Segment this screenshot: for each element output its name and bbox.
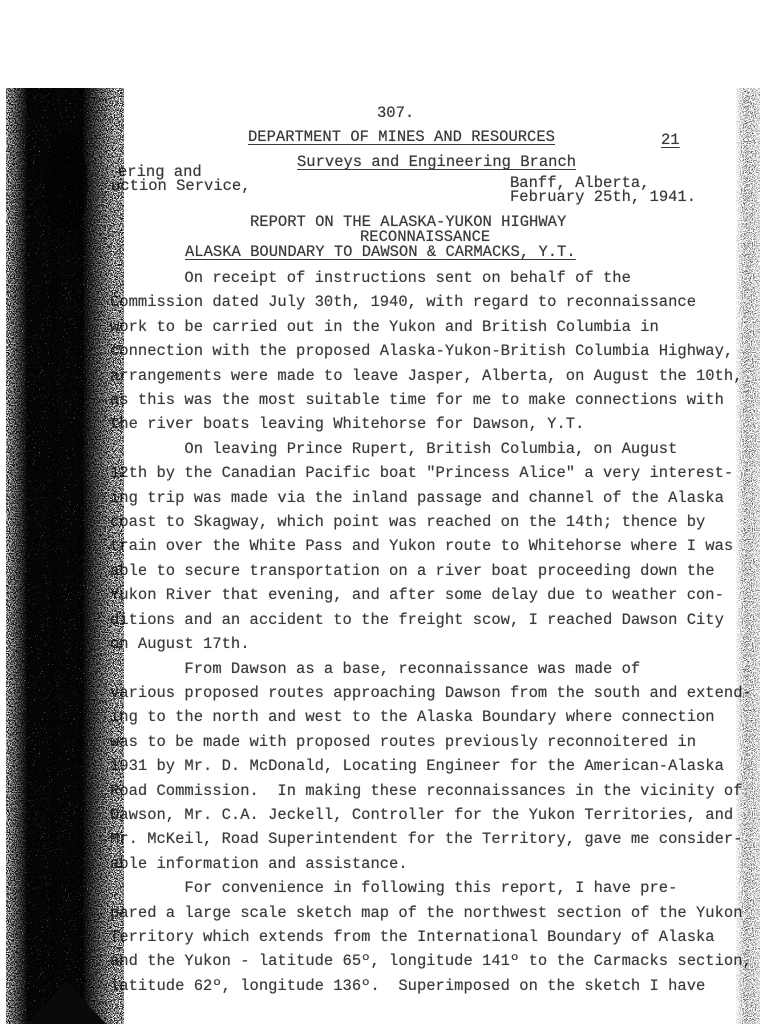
report-title-line-3: ALASKA BOUNDARY TO DAWSON & CARMACKS, Y.… [185, 244, 576, 260]
body-line: coast to Skagway, which point was reache… [110, 510, 752, 534]
body-line: ditions and an accident to the freight s… [110, 608, 752, 632]
body-line: For convenience in following this report… [110, 876, 752, 900]
body-line: able information and assistance. [110, 852, 752, 876]
body-line: latitude 62º, longitude 136º. Superimpos… [110, 974, 752, 998]
body-line: Territory which extends from the Interna… [110, 925, 752, 949]
body-line: 12th by the Canadian Pacific boat "Princ… [110, 461, 752, 485]
scanned-report-page: 307. DEPARTMENT OF MINES AND RESOURCES 2… [0, 0, 770, 1024]
body-line: connection with the proposed Alaska-Yuko… [110, 339, 752, 363]
department-title: DEPARTMENT OF MINES AND RESOURCES [248, 129, 555, 145]
body-line: 1931 by Mr. D. McDonald, Locating Engine… [110, 754, 752, 778]
body-line: on August 17th. [110, 632, 752, 656]
body-line: work to be carried out in the Yukon and … [110, 315, 752, 339]
page-ref: 21 [661, 132, 680, 148]
body-line: On leaving Prince Rupert, British Columb… [110, 437, 752, 461]
branch-title: Surveys and Engineering Branch [297, 154, 576, 170]
report-body: On receipt of instructions sent on behal… [110, 266, 752, 998]
body-line: Yukon River that evening, and after some… [110, 583, 752, 607]
body-line: arrangements were made to leave Jasper, … [110, 364, 752, 388]
body-line: From Dawson as a base, reconnaissance wa… [110, 657, 752, 681]
body-line: as this was the most suitable time for m… [110, 388, 752, 412]
body-line: the river boats leaving Whitehorse for D… [110, 412, 752, 436]
page-number: 307. [377, 105, 414, 121]
body-line: able to secure transportation on a river… [110, 559, 752, 583]
body-line: pared a large scale sketch map of the no… [110, 901, 752, 925]
body-line: Dawson, Mr. C.A. Jeckell, Controller for… [110, 803, 752, 827]
body-line: ing to the north and west to the Alaska … [110, 705, 752, 729]
body-line: Mr. McKeil, Road Superintendent for the … [110, 827, 752, 851]
body-line: was to be made with proposed routes prev… [110, 730, 752, 754]
sender-org-line-2: uction Service, [111, 178, 251, 194]
body-line: Commission dated July 30th, 1940, with r… [110, 290, 752, 314]
scan-noise-band-left [6, 88, 124, 1024]
date-line: February 25th, 1941. [510, 189, 696, 205]
body-line: and the Yukon - latitude 65º, longitude … [110, 949, 752, 973]
body-line: Road Commission. In making these reconna… [110, 779, 752, 803]
body-line: train over the White Pass and Yukon rout… [110, 534, 752, 558]
body-line: On receipt of instructions sent on behal… [110, 266, 752, 290]
body-line: various proposed routes approaching Daws… [110, 681, 752, 705]
body-line: ing trip was made via the inland passage… [110, 486, 752, 510]
